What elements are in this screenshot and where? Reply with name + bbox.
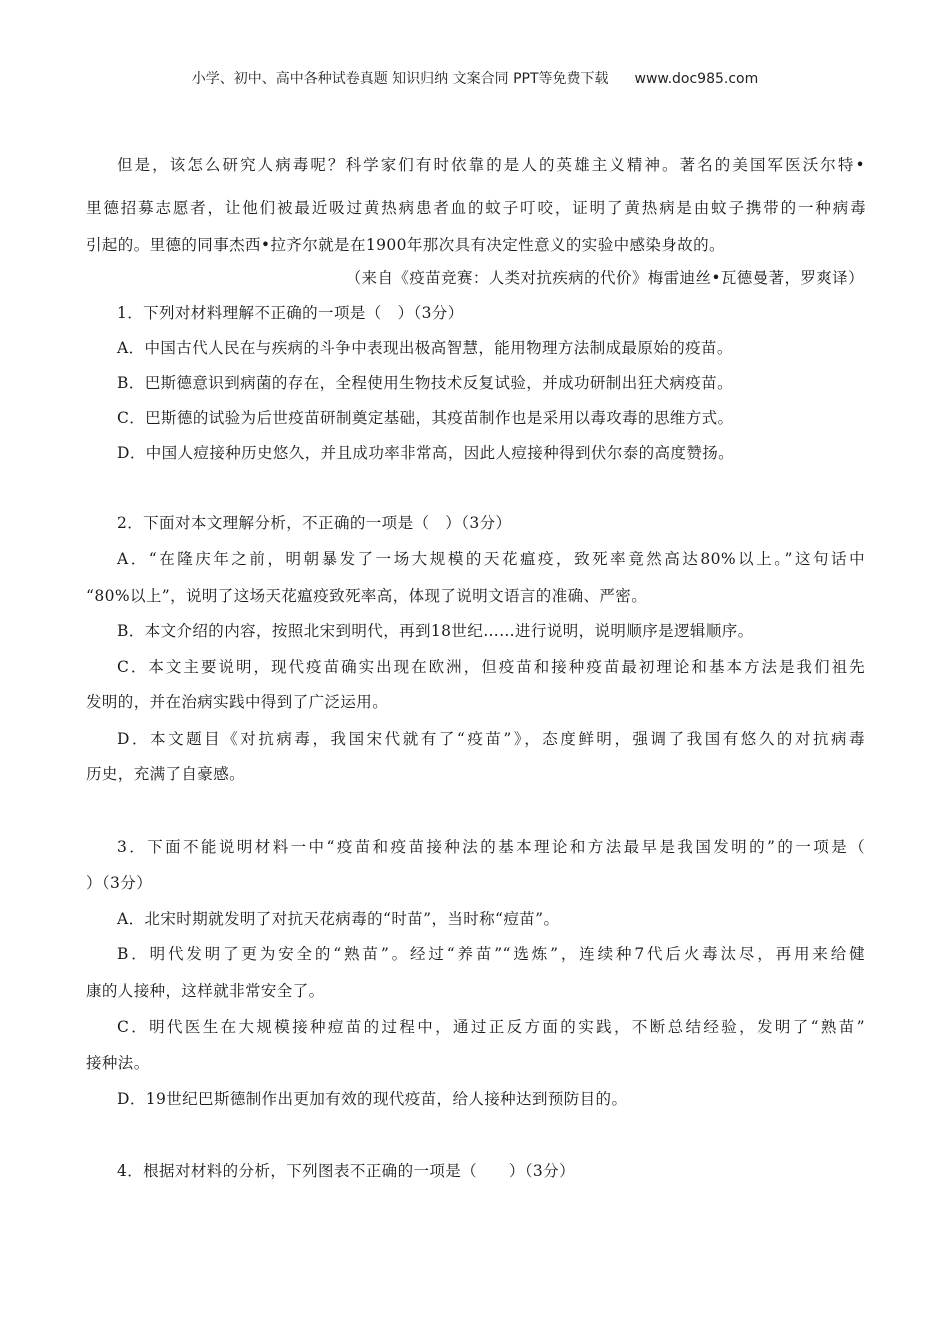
question-2-option-d: D．本文题目《对抗病毒，我国宋代就有了“疫苗”》，态度鲜明，强调了我国有悠久的对… — [117, 729, 865, 749]
question-2-option-a-cont: “80%以上”，说明了这场天花瘟疫致死率高，体现了说明文语言的准确、严密。 — [86, 586, 866, 606]
question-3-stem: 3．下面不能说明材料一中“疫苗和疫苗接种法的基本理论和方法最早是我国发明的”的一… — [117, 837, 865, 857]
question-1-option-b: B．巴斯德意识到病菌的存在，全程使用生物技术反复试验，并成功研制出狂犬病疫苗。 — [117, 373, 897, 393]
question-1-stem: 1．下列对材料理解不正确的一项是（ ）（3分） — [117, 303, 897, 323]
question-3-option-b-cont: 康的人接种，这样就非常安全了。 — [86, 981, 866, 1001]
passage-line: 但是，该怎么研究人病毒呢？科学家们有时依靠的是人的英雄主义精神。著名的美国军医沃… — [117, 155, 865, 175]
question-4-stem: 4．根据对材料的分析，下列图表不正确的一项是（ ）（3分） — [117, 1161, 897, 1181]
header-url: www.doc985.com — [635, 71, 759, 87]
question-3-option-b: B．明代发明了更为安全的“熟苗”。经过“养苗”“选炼”，连续种7代后火毒汰尽，再… — [117, 944, 865, 964]
question-3-option-d: D．19世纪巴斯德制作出更加有效的现代疫苗，给人接种达到预防目的。 — [117, 1089, 897, 1109]
question-2-stem: 2．下面对本文理解分析，不正确的一项是（ ）（3分） — [117, 513, 897, 533]
question-1-option-c: C．巴斯德的试验为后世疫苗研制奠定基础，其疫苗制作也是采用以毒攻毒的思维方式。 — [117, 408, 897, 428]
passage-line: 引起的。里德的同事杰西•拉齐尔就是在1900年那次具有决定性意义的实验中感染身故… — [86, 235, 866, 255]
question-2-option-c-cont: 发明的，并在治病实践中得到了广泛运用。 — [86, 692, 866, 712]
question-2-option-d-cont: 历史，充满了自豪感。 — [86, 764, 866, 784]
question-1-option-d: D．中国人痘接种历史悠久，并且成功率非常高，因此人痘接种得到伏尔泰的高度赞扬。 — [117, 443, 897, 463]
question-1-option-a: A．中国古代人民在与疾病的斗争中表现出极高智慧，能用物理方法制成最原始的疫苗。 — [117, 338, 897, 358]
passage-line: 里德招募志愿者，让他们被最近吸过黄热病患者血的蚊子叮咬，证明了黄热病是由蚊子携带… — [86, 198, 866, 218]
header-text: 小学、初中、高中各种试卷真题 知识归纳 文案合同 PPT等免费下载 — [192, 71, 609, 87]
question-3-option-c-cont: 接种法。 — [86, 1053, 866, 1073]
question-2-option-c: C．本文主要说明，现代疫苗确实出现在欧洲，但疫苗和接种疫苗最初理论和基本方法是我… — [117, 657, 865, 677]
question-3-option-c: C．明代医生在大规模接种痘苗的过程中，通过正反方面的实践，不断总结经验，发明了“… — [117, 1017, 865, 1037]
question-2-option-b: B．本文介绍的内容，按照北宋到明代，再到18世纪……进行说明，说明顺序是逻辑顺序… — [117, 621, 897, 641]
question-2-option-a: A．“在隆庆年之前，明朝暴发了一场大规模的天花瘟疫，致死率竟然高达80%以上。”… — [117, 549, 865, 569]
site-header-banner: 小学、初中、高中各种试卷真题 知识归纳 文案合同 PPT等免费下载www.doc… — [0, 68, 950, 88]
passage-source: （来自《疫苗竞赛：人类对抗疾病的代价》梅雷迪丝•瓦德曼著，罗爽译） — [86, 268, 864, 288]
question-3-stem-cont: ）（3分） — [86, 873, 866, 893]
question-3-option-a: A．北宋时期就发明了对抗天花病毒的“时苗”，当时称“痘苗”。 — [117, 909, 897, 929]
